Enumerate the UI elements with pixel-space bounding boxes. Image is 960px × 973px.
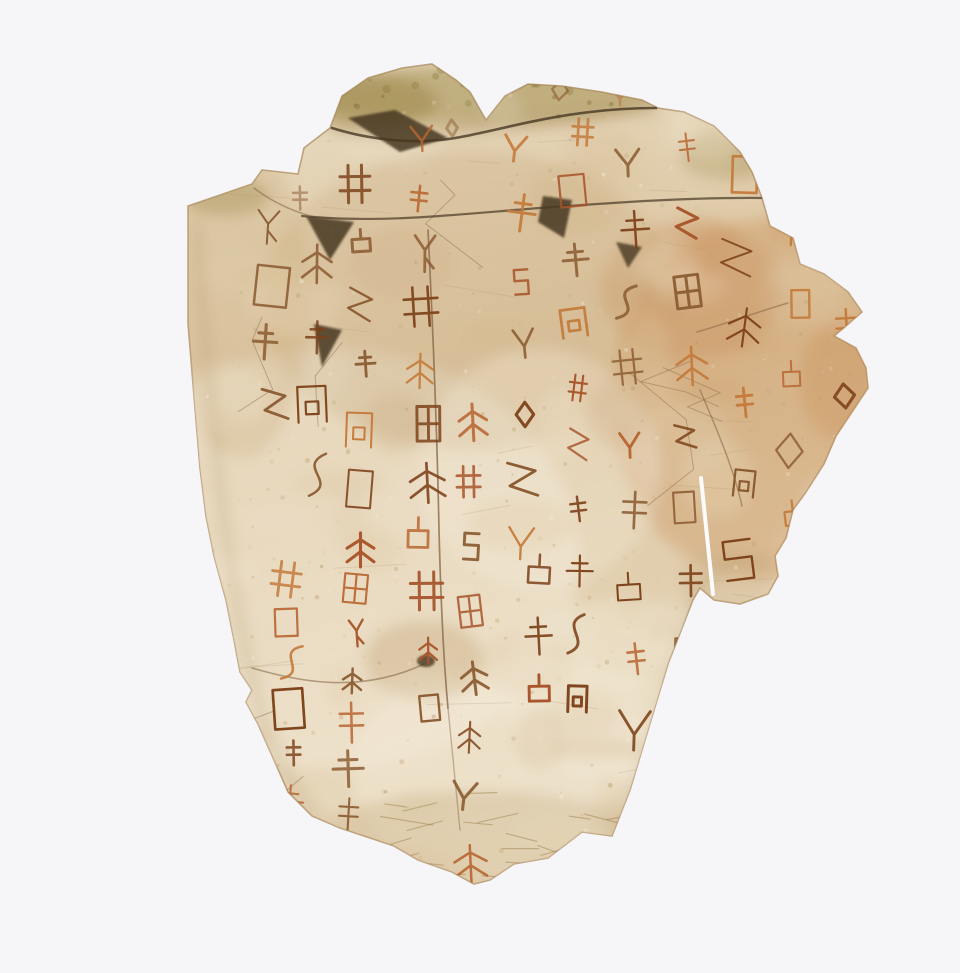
oracle-glyph bbox=[829, 235, 854, 274]
oracle-glyph bbox=[830, 448, 850, 480]
oracle-bone-photograph bbox=[0, 0, 960, 973]
oracle-bone-image bbox=[0, 0, 960, 973]
oracle-glyph bbox=[676, 638, 696, 664]
bone-texture-soft bbox=[80, 46, 910, 900]
